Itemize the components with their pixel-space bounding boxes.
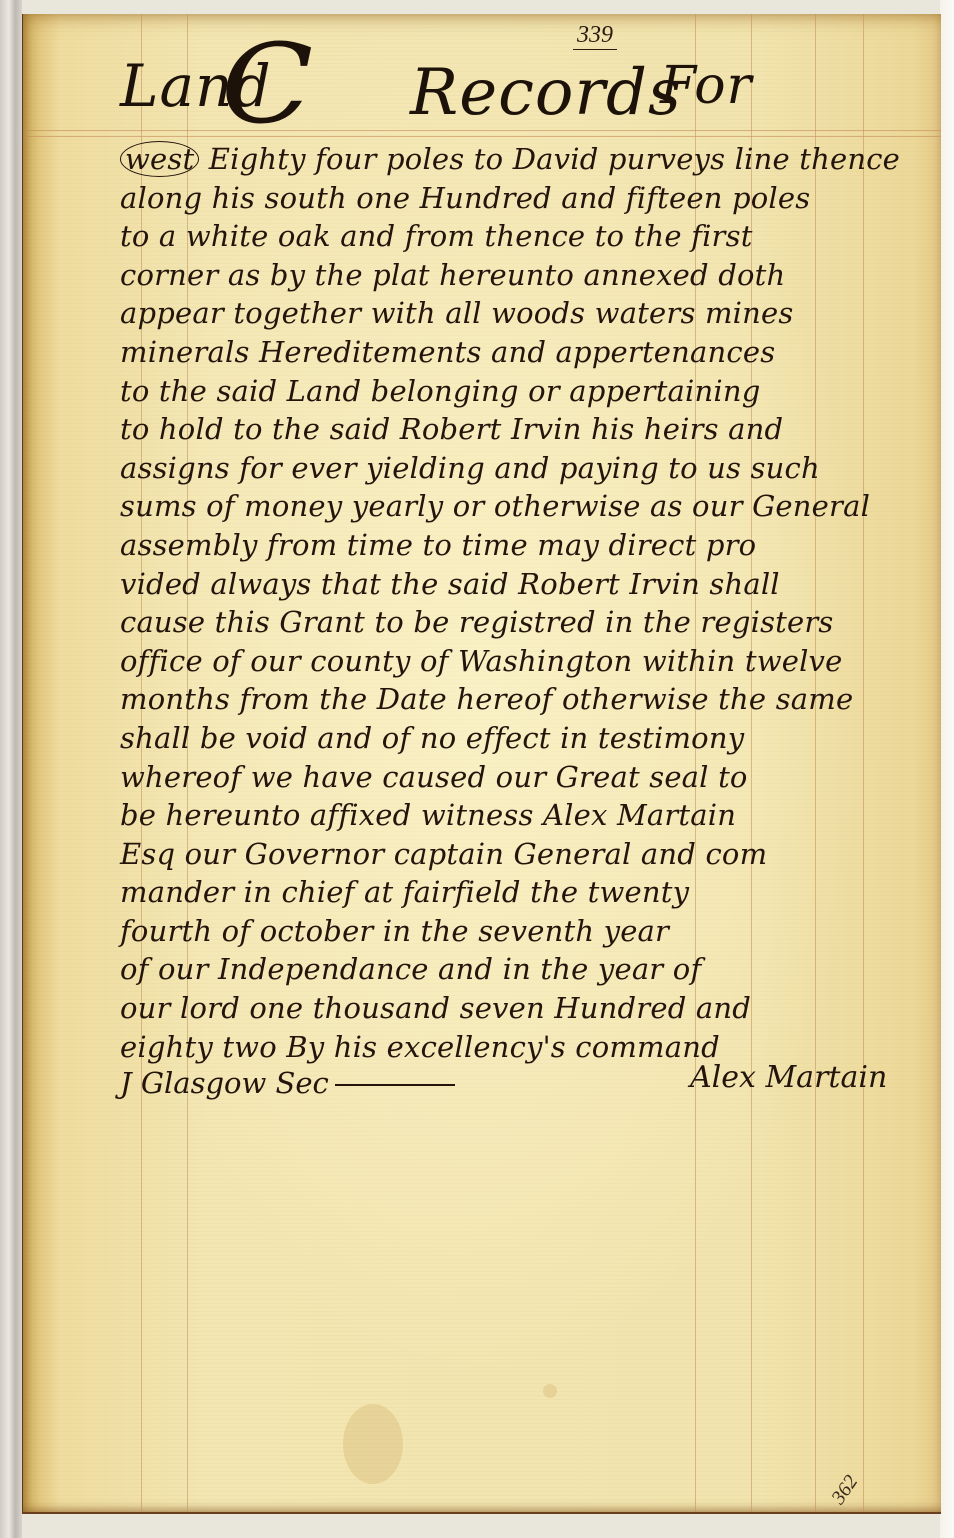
- header-rule: [23, 130, 941, 131]
- text-line: corner as by the plat hereunto annexed d…: [120, 256, 910, 295]
- text-line: minerals Hereditements and appertenances: [120, 333, 910, 372]
- signature-line: J Glasgow Sec Alex Martain: [120, 1066, 910, 1108]
- signature-underline: [335, 1084, 455, 1086]
- text-line: Esq our Governor captain General and com: [120, 835, 910, 874]
- text-line: our lord one thousand seven Hundred and: [120, 989, 910, 1028]
- text-line-rest: Eighty four poles to David purveys line …: [199, 142, 900, 176]
- paper-stain: [543, 1384, 557, 1398]
- text-line: to the said Land belonging or appertaini…: [120, 372, 910, 411]
- text-line: assigns for ever yielding and paying to …: [120, 449, 910, 488]
- text-line: appear together with all woods waters mi…: [120, 294, 910, 333]
- secretary-signature: J Glasgow Sec: [120, 1066, 455, 1100]
- text-line: be hereunto affixed witness Alex Martain: [120, 796, 910, 835]
- text-line: fourth of october in the seventh year: [120, 912, 910, 951]
- header-word-for: For: [660, 56, 752, 116]
- text-line: to a white oak and from thence to the fi…: [120, 217, 910, 256]
- text-line: assembly from time to time may direct pr…: [120, 526, 910, 565]
- text-line: whereof we have caused our Great seal to: [120, 758, 910, 797]
- text-line: office of our county of Washington withi…: [120, 642, 910, 681]
- text-line: sums of money yearly or otherwise as our…: [120, 487, 910, 526]
- header-word-records: Records: [410, 56, 682, 130]
- text-line: of our Independance and in the year of: [120, 950, 910, 989]
- text-line: to hold to the said Robert Irvin his hei…: [120, 410, 910, 449]
- paper-stain: [343, 1404, 403, 1484]
- folio-number-top: 339: [573, 22, 617, 50]
- text-line: along his south one Hundred and fifteen …: [120, 179, 910, 218]
- handwritten-record-text: west Eighty four poles to David purveys …: [120, 140, 910, 1108]
- text-line: cause this Grant to be registred in the …: [120, 603, 910, 642]
- header-flourish: C: [221, 20, 315, 148]
- text-line: vided always that the said Robert Irvin …: [120, 565, 910, 604]
- header-rule: [23, 136, 941, 137]
- book-binding-edge: [0, 0, 22, 1538]
- text-line: west Eighty four poles to David purveys …: [120, 140, 910, 179]
- text-line: months from the Date hereof otherwise th…: [120, 680, 910, 719]
- governor-signature: Alex Martain: [690, 1060, 887, 1095]
- circled-word: west: [120, 141, 199, 177]
- page-right-edge: [940, 0, 954, 1538]
- text-line: mander in chief at fairfield the twenty: [120, 873, 910, 912]
- text-line: shall be void and of no effect in testim…: [120, 719, 910, 758]
